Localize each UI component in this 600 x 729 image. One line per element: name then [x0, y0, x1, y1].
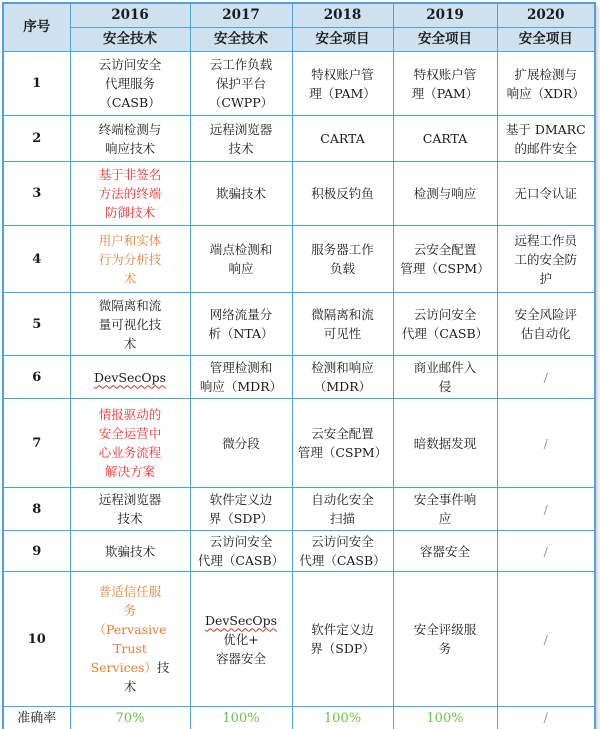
- year-header-2018: 2018: [292, 3, 393, 28]
- cell-2019-row2: CARTA: [393, 116, 497, 162]
- cell-2018-row9: 云访问安全 代理（CASB）: [292, 531, 393, 572]
- cell-2020-row5: 安全风险评 估自动化: [497, 293, 595, 356]
- accuracy-value-2018: 100%: [292, 707, 393, 729]
- accuracy-row: 准确率70%100%100%100%/: [3, 707, 595, 729]
- cell-2018-row10: 软件定义边 界（SDP）: [292, 572, 393, 707]
- cell-2018-row5: 微隔离和流 可见性: [292, 293, 393, 356]
- accuracy-value-2019: 100%: [393, 707, 497, 729]
- cell-text: /: [544, 632, 548, 647]
- page: 序号20162017201820192020安全技术安全技术安全项目安全项目安全…: [0, 0, 600, 729]
- year-header-2020: 2020: [497, 3, 595, 28]
- row-number-cell: 9: [3, 531, 70, 572]
- row-number-cell: 6: [3, 356, 70, 399]
- table-row-3: 3基于非签名 方法的终端 防御技术欺骗技术积极反钓鱼检测与响应无口令认证: [3, 162, 595, 226]
- cell-2016-row10: 普适信任服 务 （Pervasive Trust Services）技 术: [70, 572, 190, 707]
- cell-text: 100%: [222, 711, 259, 726]
- cell-2018-row1: 特权账户管 理（PAM）: [292, 52, 393, 116]
- security-tech-comparison-table: 序号20162017201820192020安全技术安全技术安全项目安全项目安全…: [2, 2, 596, 729]
- cell-text: 终端检测与 响应技术: [99, 122, 162, 156]
- cell-2018-row8: 自动化安全 扫描: [292, 488, 393, 531]
- cell-2019-row8: 安全事件响 应: [393, 488, 497, 531]
- cell-2017-row6: 管理检测和 响应（MDR）: [190, 356, 292, 399]
- cell-text: 无口令认证: [514, 186, 577, 201]
- cell-text: 云访问安全 代理（CASB）: [198, 534, 284, 568]
- cell-text: 普适信任服 务 （Pervasive Trust Services）: [91, 584, 167, 675]
- cell-2016-row7: 情报驱动的 安全运营中 心业务流程 解决方案: [70, 399, 190, 488]
- cell-text: /: [544, 436, 548, 451]
- cell-text: 欺骗技术: [105, 544, 155, 559]
- cell-text: 检测与响应: [414, 186, 477, 201]
- cell-text: 远程工作员 工的安全防 护: [514, 233, 577, 286]
- subheader-2019: 安全项目: [393, 28, 497, 52]
- cell-text: 用户和实体 行为分析技 术: [99, 233, 162, 286]
- cell-text: 微隔离和流 量可视化技 术: [99, 298, 162, 351]
- cell-text: 云访问安全 代理（CASB）: [299, 534, 385, 568]
- cell-2016-row8: 远程浏览器 技术: [70, 488, 190, 531]
- cell-text: 70%: [116, 711, 145, 726]
- cell-text: 端点检测和 响应: [210, 242, 273, 276]
- cell-2018-row7: 云安全配置 管理（CSPM）: [292, 399, 393, 488]
- table-row-9: 9欺骗技术云访问安全 代理（CASB）云访问安全 代理（CASB）容器安全/: [3, 531, 595, 572]
- cell-text: 远程浏览器 技术: [210, 122, 273, 156]
- cell-text: 检测和响应 （MDR）: [311, 360, 374, 394]
- year-header-2016: 2016: [70, 3, 190, 28]
- cell-text: 自动化安全 扫描: [311, 492, 374, 526]
- table-row-8: 8远程浏览器 技术软件定义边 界（SDP）自动化安全 扫描安全事件响 应/: [3, 488, 595, 531]
- cell-text: 云访问安全 代理（CASB）: [402, 307, 488, 341]
- cell-text: 云访问安全 代理服务 （CASB）: [99, 57, 162, 110]
- accuracy-value-2016: 70%: [70, 707, 190, 729]
- cell-text: /: [544, 370, 548, 385]
- header-row-years: 序号20162017201820192020: [3, 3, 595, 28]
- cell-text: 暗数据发现: [414, 436, 477, 451]
- cell-text: /: [544, 502, 548, 517]
- row-number-cell: 7: [3, 399, 70, 488]
- cell-text: 特权账户管 理（PAM）: [412, 67, 479, 101]
- cell-text: 远程浏览器 技术: [99, 492, 162, 526]
- row-number-cell: 8: [3, 488, 70, 531]
- cell-text: 云安全配置 管理（CSPM）: [400, 242, 489, 276]
- cell-text: 软件定义边 界（SDP）: [209, 492, 274, 526]
- cell-text: 欺骗技术: [216, 186, 266, 201]
- table-row-7: 7情报驱动的 安全运营中 心业务流程 解决方案微分段云安全配置 管理（CSPM）…: [3, 399, 595, 488]
- cell-2020-row1: 扩展检测与 响应（XDR）: [497, 52, 595, 116]
- accuracy-value-2020: /: [497, 707, 595, 729]
- cell-2018-row6: 检测和响应 （MDR）: [292, 356, 393, 399]
- cell-text: 服务器工作 负载: [311, 242, 374, 276]
- table-row-1: 1云访问安全 代理服务 （CASB）云工作负载 保护平台 （CWPP）特权账户管…: [3, 52, 595, 116]
- cell-2016-row5: 微隔离和流 量可视化技 术: [70, 293, 190, 356]
- table-row-5: 5微隔离和流 量可视化技 术网络流量分 析（NTA）微隔离和流 可见性云访问安全…: [3, 293, 595, 356]
- cell-2018-row2: CARTA: [292, 116, 393, 162]
- cell-text: 积极反钓鱼: [311, 186, 374, 201]
- cell-2019-row4: 云安全配置 管理（CSPM）: [393, 226, 497, 293]
- corner-header-cell: 序号: [3, 3, 70, 52]
- header-row-categories: 安全技术安全技术安全项目安全项目安全项目: [3, 28, 595, 52]
- cell-2017-row4: 端点检测和 响应: [190, 226, 292, 293]
- cell-2019-row3: 检测与响应: [393, 162, 497, 226]
- cell-text: 100%: [426, 711, 463, 726]
- row-number-cell: 3: [3, 162, 70, 226]
- table-body: 1云访问安全 代理服务 （CASB）云工作负载 保护平台 （CWPP）特权账户管…: [3, 52, 595, 729]
- cell-2017-row3: 欺骗技术: [190, 162, 292, 226]
- table-row-6: 6DevSecOps管理检测和 响应（MDR）检测和响应 （MDR）商业邮件入 …: [3, 356, 595, 399]
- cell-2020-row7: /: [497, 399, 595, 488]
- subheader-2018: 安全项目: [292, 28, 393, 52]
- accuracy-label: 准确率: [3, 707, 70, 729]
- cell-text: 扩展检测与 响应（XDR）: [507, 67, 585, 101]
- cell-text: CARTA: [423, 131, 467, 146]
- underlined-term: DevSecOps: [94, 370, 166, 385]
- cell-text: 特权账户管 理（PAM）: [309, 67, 376, 101]
- cell-text: 软件定义边 界（SDP）: [310, 622, 375, 656]
- cell-2017-row7: 微分段: [190, 399, 292, 488]
- row-number-cell: 10: [3, 572, 70, 707]
- accuracy-value-2017: 100%: [190, 707, 292, 729]
- cell-2020-row10: /: [497, 572, 595, 707]
- year-header-2019: 2019: [393, 3, 497, 28]
- cell-2016-row3: 基于非签名 方法的终端 防御技术: [70, 162, 190, 226]
- cell-2020-row3: 无口令认证: [497, 162, 595, 226]
- cell-text: 100%: [324, 711, 361, 726]
- subheader-2017: 安全技术: [190, 28, 292, 52]
- subheader-2016: 安全技术: [70, 28, 190, 52]
- cell-2017-row5: 网络流量分 析（NTA）: [190, 293, 292, 356]
- cell-text: CARTA: [320, 131, 364, 146]
- cell-text: 云安全配置 管理（CSPM）: [298, 426, 387, 460]
- subheader-2020: 安全项目: [497, 28, 595, 52]
- cell-text: 管理检测和 响应（MDR）: [200, 360, 282, 394]
- cell-text: 微隔离和流 可见性: [311, 307, 374, 341]
- cell-2017-row8: 软件定义边 界（SDP）: [190, 488, 292, 531]
- cell-2016-row2: 终端检测与 响应技术: [70, 116, 190, 162]
- table-row-10: 10普适信任服 务 （Pervasive Trust Services）技 术D…: [3, 572, 595, 707]
- row-number-cell: 1: [3, 52, 70, 116]
- cell-2019-row9: 容器安全: [393, 531, 497, 572]
- cell-2017-row2: 远程浏览器 技术: [190, 116, 292, 162]
- cell-2020-row2: 基于 DMARC 的邮件安全: [497, 116, 595, 162]
- cell-2019-row1: 特权账户管 理（PAM）: [393, 52, 497, 116]
- cell-text: 商业邮件入 侵: [414, 360, 477, 394]
- cell-text: /: [544, 544, 548, 559]
- cell-text: /: [544, 711, 548, 726]
- cell-2016-row9: 欺骗技术: [70, 531, 190, 572]
- table-row-2: 2终端检测与 响应技术远程浏览器 技术CARTACARTA基于 DMARC 的邮…: [3, 116, 595, 162]
- cell-text: 容器安全: [420, 544, 470, 559]
- cell-text: 微分段: [222, 436, 260, 451]
- table-head: 序号20162017201820192020安全技术安全技术安全项目安全项目安全…: [3, 3, 595, 52]
- cell-text: 优化+ 容器安全: [216, 632, 266, 666]
- cell-2020-row9: /: [497, 531, 595, 572]
- cell-2016-row4: 用户和实体 行为分析技 术: [70, 226, 190, 293]
- row-number-cell: 4: [3, 226, 70, 293]
- cell-2016-row1: 云访问安全 代理服务 （CASB）: [70, 52, 190, 116]
- cell-2017-row9: 云访问安全 代理（CASB）: [190, 531, 292, 572]
- cell-text: 安全事件响 应: [414, 492, 477, 526]
- cell-2018-row3: 积极反钓鱼: [292, 162, 393, 226]
- row-number-cell: 5: [3, 293, 70, 356]
- cell-2019-row7: 暗数据发现: [393, 399, 497, 488]
- cell-text: 基于非签名 方法的终端 防御技术: [99, 167, 162, 220]
- cell-2020-row8: /: [497, 488, 595, 531]
- cell-text: 安全风险评 估自动化: [514, 307, 577, 341]
- table-row-4: 4用户和实体 行为分析技 术端点检测和 响应服务器工作 负载云安全配置 管理（C…: [3, 226, 595, 293]
- cell-2018-row4: 服务器工作 负载: [292, 226, 393, 293]
- underlined-term: DevSecOps: [205, 613, 277, 628]
- cell-2017-row10: DevSecOps 优化+ 容器安全: [190, 572, 292, 707]
- cell-2019-row6: 商业邮件入 侵: [393, 356, 497, 399]
- cell-2019-row10: 安全评级服 务: [393, 572, 497, 707]
- cell-2017-row1: 云工作负载 保护平台 （CWPP）: [190, 52, 292, 116]
- cell-text: 云工作负载 保护平台 （CWPP）: [209, 57, 273, 110]
- cell-text: 网络流量分 析（NTA）: [208, 307, 273, 341]
- cell-text: 安全评级服 务: [414, 622, 477, 656]
- cell-2016-row6: DevSecOps: [70, 356, 190, 399]
- cell-2020-row6: /: [497, 356, 595, 399]
- cell-2020-row4: 远程工作员 工的安全防 护: [497, 226, 595, 293]
- cell-2019-row5: 云访问安全 代理（CASB）: [393, 293, 497, 356]
- row-number-cell: 2: [3, 116, 70, 162]
- year-header-2017: 2017: [190, 3, 292, 28]
- cell-text: 基于 DMARC 的邮件安全: [506, 122, 586, 156]
- cell-text: 情报驱动的 安全运营中 心业务流程 解决方案: [99, 407, 162, 479]
